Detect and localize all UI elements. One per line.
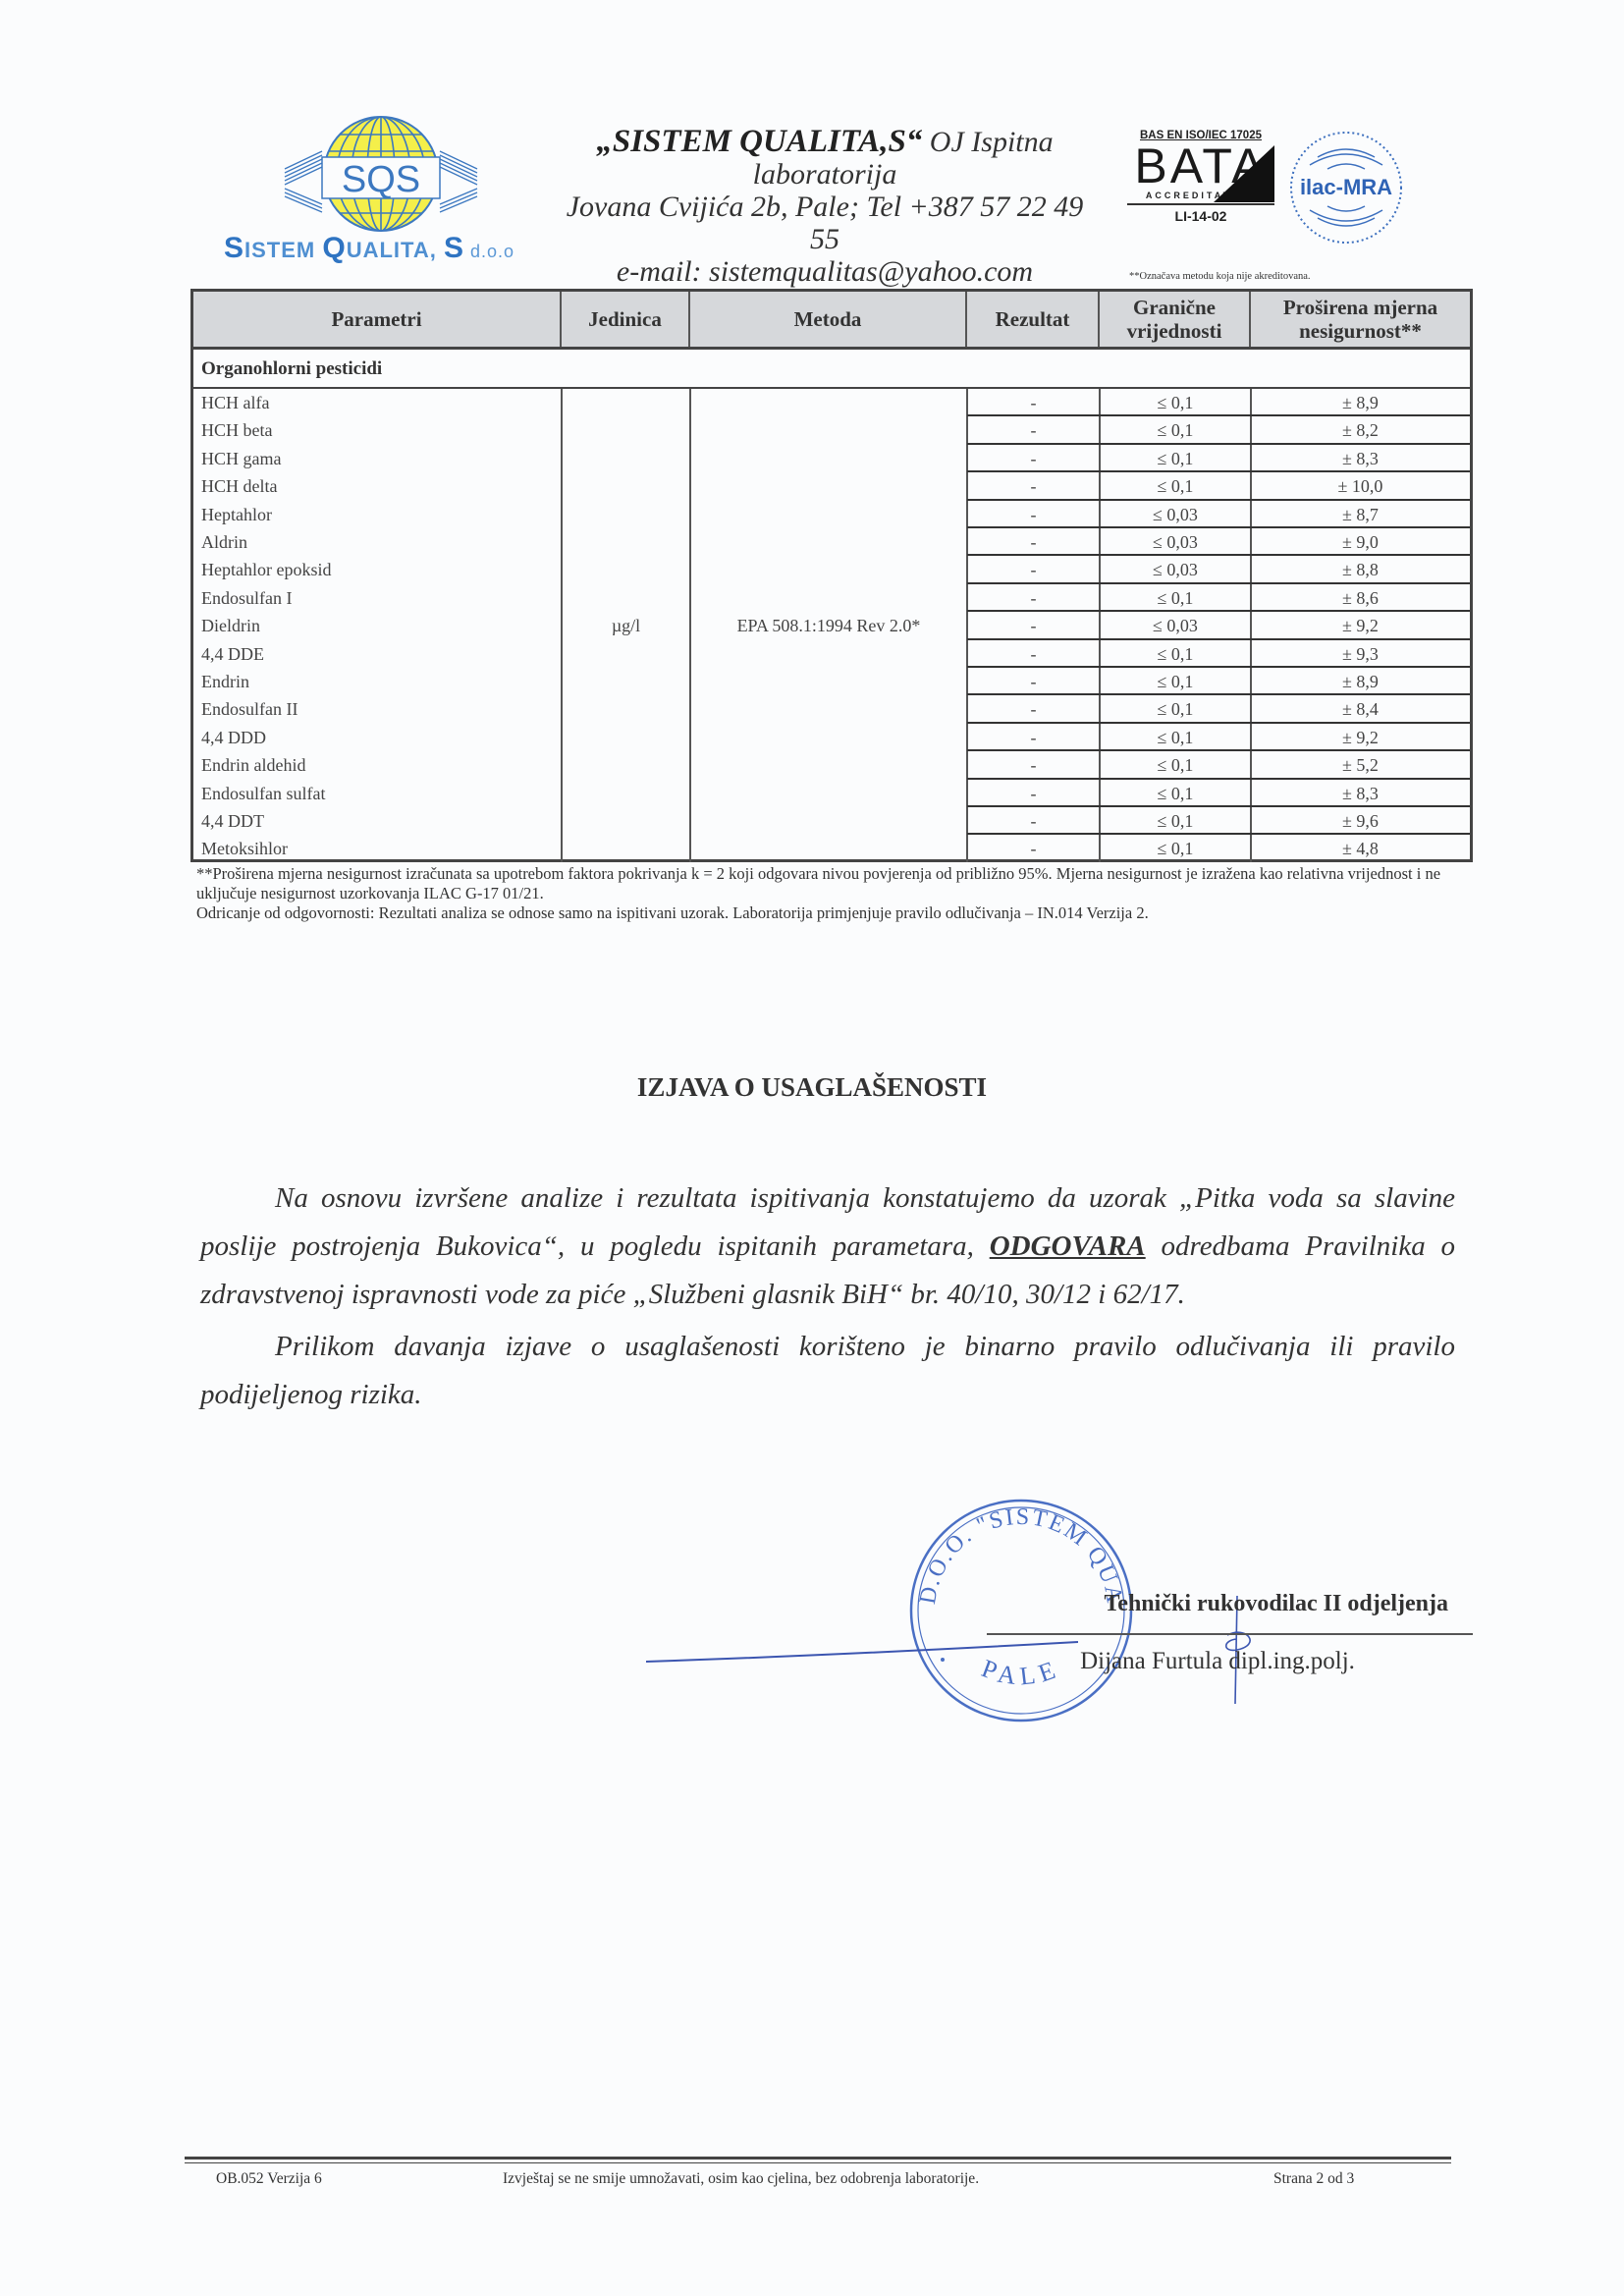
cell-uncertainty: ± 8,9: [1251, 389, 1470, 416]
accreditation-number: LI-14-02: [1127, 208, 1274, 224]
col-header-limit: Granične vrijednosti: [1100, 292, 1251, 347]
signatory-title: Tehnički rukovodilac II odjeljenja: [1026, 1591, 1448, 1617]
signature-rule: [987, 1633, 1473, 1635]
cell-uncertainty: ± 8,3: [1251, 780, 1470, 807]
footer-rule-thin: [185, 2162, 1451, 2163]
col-header-result: Rezultat: [967, 292, 1100, 347]
cell-limit: ≤ 0,1: [1100, 668, 1251, 695]
footer-form-code: OB.052 Verzija 6: [216, 2170, 322, 2188]
cell-limit: ≤ 0,1: [1100, 695, 1251, 723]
cell-result: -: [967, 807, 1100, 835]
parameter-name: 4,4 DDE: [201, 640, 264, 668]
cell-result: -: [967, 668, 1100, 695]
cell-uncertainty: ± 9,6: [1251, 807, 1470, 835]
cell-uncertainty: ± 8,8: [1251, 556, 1470, 583]
footer-rule: [185, 2157, 1451, 2159]
cell-result: -: [967, 584, 1100, 612]
cell-uncertainty: ± 8,2: [1251, 416, 1470, 444]
cell-uncertainty: ± 5,2: [1251, 751, 1470, 779]
results-table: Parametri Jedinica Metoda Rezultat Grani…: [190, 289, 1473, 862]
cell-uncertainty: ± 9,2: [1251, 612, 1470, 639]
cell-result: -: [967, 612, 1100, 639]
cell-result: -: [967, 780, 1100, 807]
cell-result: -: [967, 501, 1100, 528]
cell-limit: ≤ 0,1: [1100, 835, 1251, 862]
parameter-name: Heptahlor: [201, 501, 272, 528]
lab-address: Jovana Cvijića 2b, Pale; Tel +387 57 22 …: [550, 191, 1100, 255]
parameter-name: Metoksihlor: [201, 835, 288, 862]
handwritten-signature: [646, 1638, 1078, 1667]
parameter-name: 4,4 DDT: [201, 807, 264, 835]
parameter-name: Endrin aldehid: [201, 751, 305, 779]
parameter-name: Aldrin: [201, 528, 247, 556]
col-header-parameters: Parametri: [193, 292, 562, 347]
uncertainty-note: **Proširena mjerna nesigurnost izračunat…: [196, 864, 1473, 903]
cell-limit: ≤ 0,1: [1100, 472, 1251, 500]
bata-accreditation-badge: BAS EN ISO/IEC 17025 BATA ACCREDITATION …: [1127, 130, 1274, 224]
declaration-paragraph-1: Na osnovu izvršene analize i rezultata i…: [200, 1175, 1455, 1319]
footer-page-number: Strana 2 od 3: [1273, 2170, 1354, 2188]
cell-uncertainty: ± 8,3: [1251, 445, 1470, 472]
parameter-name: Heptahlor epoksid: [201, 556, 331, 583]
group-organochlorine-pesticides: Organohlorni pesticidi: [193, 350, 1470, 389]
cell-uncertainty: ± 9,2: [1251, 724, 1470, 751]
parameter-name: Endosulfan I: [201, 584, 292, 612]
cell-uncertainty: ± 9,3: [1251, 640, 1470, 668]
cell-limit: ≤ 0,03: [1100, 612, 1251, 639]
parameter-name: Endosulfan II: [201, 695, 298, 723]
cell-result: -: [967, 724, 1100, 751]
bata-triangle-icon: [1214, 145, 1274, 202]
logo-monogram: SQS: [342, 159, 420, 200]
cell-limit: ≤ 0,1: [1100, 584, 1251, 612]
parameter-name: Endrin: [201, 668, 249, 695]
cell-result: -: [967, 416, 1100, 444]
declaration-body: Na osnovu izvršene analize i rezultata i…: [200, 1175, 1455, 1423]
cell-limit: ≤ 0,1: [1100, 807, 1251, 835]
cell-result: -: [967, 445, 1100, 472]
company-name: „SISTEM QUALITA,S“: [596, 124, 922, 159]
cell-result: -: [967, 695, 1100, 723]
cell-uncertainty: ± 8,4: [1251, 695, 1470, 723]
cell-limit: ≤ 0,1: [1100, 780, 1251, 807]
parameter-name: HCH alfa: [201, 389, 269, 416]
cell-result: -: [967, 528, 1100, 556]
cell-limit: ≤ 0,1: [1100, 416, 1251, 444]
compliance-verdict: ODGOVARA: [990, 1230, 1146, 1262]
footer-notice: Izvještaj se ne smije umnožavati, osim k…: [503, 2170, 979, 2188]
cell-limit: ≤ 0,03: [1100, 501, 1251, 528]
cell-result: -: [967, 640, 1100, 668]
parameter-name: HCH delta: [201, 472, 277, 500]
parameter-name: 4,4 DDD: [201, 724, 266, 751]
declaration-paragraph-2: Prilikom davanja izjave o usaglašenosti …: [200, 1323, 1455, 1419]
cell-result: -: [967, 389, 1100, 416]
non-accredited-note: **Označava metodu koja nije akreditovana…: [1129, 271, 1443, 282]
disclaimer: Odricanje od odgovornosti: Rezultati ana…: [196, 903, 1473, 923]
declaration-title: IZJAVA O USAGLAŠENOSTI: [0, 1072, 1624, 1103]
table-notes: **Proširena mjerna nesigurnost izračunat…: [196, 864, 1473, 923]
table-header: Parametri Jedinica Metoda Rezultat Grani…: [193, 292, 1470, 350]
cell-limit: ≤ 0,1: [1100, 445, 1251, 472]
cell-limit: ≤ 0,1: [1100, 724, 1251, 751]
col-header-method: Metoda: [690, 292, 967, 347]
cell-result: -: [967, 835, 1100, 862]
cell-limit: ≤ 0,03: [1100, 528, 1251, 556]
cell-result: -: [967, 751, 1100, 779]
lab-email: e-mail: sistemqualitas@yahoo.com: [550, 255, 1100, 288]
unit-cell: µg/l: [563, 389, 689, 862]
cell-uncertainty: ± 4,8: [1251, 835, 1470, 862]
cell-result: -: [967, 556, 1100, 583]
signatory-name: Dijana Furtula dipl.ing.polj.: [1041, 1648, 1394, 1675]
cell-uncertainty: ± 10,0: [1251, 472, 1470, 500]
ilac-mra-logo: ilac-MRA: [1288, 130, 1404, 246]
col-header-uncertainty: Proširena mjerna nesigurnost**: [1251, 292, 1470, 347]
cell-uncertainty: ± 8,6: [1251, 584, 1470, 612]
col-header-unit: Jedinica: [562, 292, 690, 347]
cell-result: -: [967, 472, 1100, 500]
cell-limit: ≤ 0,1: [1100, 751, 1251, 779]
cell-uncertainty: ± 8,9: [1251, 668, 1470, 695]
parameter-name: HCH gama: [201, 445, 281, 472]
accreditation-body: BATA: [1127, 141, 1274, 191]
cell-limit: ≤ 0,1: [1100, 640, 1251, 668]
parameter-name: Endosulfan sulfat: [201, 780, 325, 807]
cell-uncertainty: ± 8,7: [1251, 501, 1470, 528]
svg-text:D.O.O. "SISTEM QUALITAS" OJ LA: D.O.O. "SISTEM QUALITAS" OJ LABORATORIJA: [903, 1493, 1127, 1607]
logo-company-text: SISTEM QUALITA, S d.o.o: [224, 232, 548, 265]
method-cell: EPA 508.1:1994 Rev 2.0*: [691, 389, 966, 862]
cell-limit: ≤ 0,1: [1100, 389, 1251, 416]
parameter-name: HCH beta: [201, 416, 272, 444]
parameter-name: Dieldrin: [201, 612, 260, 639]
svg-text:ilac-MRA: ilac-MRA: [1300, 175, 1392, 199]
cell-uncertainty: ± 9,0: [1251, 528, 1470, 556]
cell-limit: ≤ 0,03: [1100, 556, 1251, 583]
